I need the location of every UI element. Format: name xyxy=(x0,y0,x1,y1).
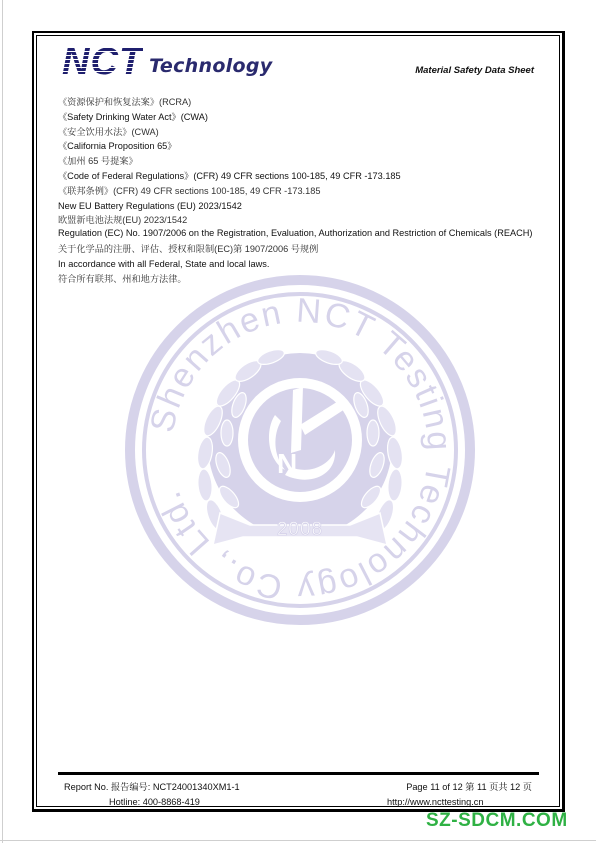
footer-left: Report No. 报告编号: NCT24001340XM1-1 Hotlin… xyxy=(64,779,240,807)
logo-technology-text: Technology xyxy=(149,55,272,77)
hotline: Hotline: 400-8868-419 xyxy=(64,797,240,807)
regulation-line: In accordance with all Federal, State an… xyxy=(58,257,538,272)
regulation-line: 符合所有联邦、州和地方法律。 xyxy=(58,272,538,287)
regulation-line: 《Safety Drinking Water Act》(CWA) xyxy=(58,110,538,125)
report-number: Report No. 报告编号: NCT24001340XM1-1 xyxy=(64,779,240,793)
logo-nct-text: NCT xyxy=(62,44,143,80)
page-number: Page 11 of 12 第 11 页共 12 页 xyxy=(360,779,532,793)
regulation-line: 《安全饮用水法》(CWA) xyxy=(58,125,538,140)
regulation-line: 欧盟新电池法规(EU) 2023/1542 xyxy=(58,213,538,228)
page-edge xyxy=(0,840,596,841)
footer-right: Page 11 of 12 第 11 页共 12 页 http://www.nc… xyxy=(360,779,532,807)
document-type: Material Safety Data Sheet xyxy=(415,65,534,76)
site-watermark-text: SZ-SDCM.COM xyxy=(426,810,568,832)
regulation-line: Regulation (EC) No. 1907/2006 on the Reg… xyxy=(58,228,538,239)
regulation-line: 《资源保护和恢复法案》(RCRA) xyxy=(58,95,538,110)
page-border-shadow xyxy=(562,31,565,812)
regulation-line: New EU Battery Regulations (EU) 2023/154… xyxy=(58,199,538,214)
website-link[interactable]: http://www.ncttesting.cn xyxy=(360,797,532,807)
page-edge xyxy=(2,0,3,843)
footer-divider xyxy=(58,772,539,775)
regulation-line: 关于化学品的注册、评估、授权和限制(EC)第 1907/2006 号规例 xyxy=(58,242,538,257)
company-logo: NCT Technology xyxy=(62,40,272,80)
regulation-line: 《加州 65 号提案》 xyxy=(58,154,538,169)
regulation-line: 《California Proposition 65》 xyxy=(58,139,538,154)
regulations-list: 《资源保护和恢复法案》(RCRA) 《Safety Drinking Water… xyxy=(58,95,538,287)
regulation-line: 《联邦条例》(CFR) 49 CFR sections 100-185, 49 … xyxy=(58,184,538,199)
regulation-line: 《Code of Federal Regulations》(CFR) 49 CF… xyxy=(58,169,538,184)
